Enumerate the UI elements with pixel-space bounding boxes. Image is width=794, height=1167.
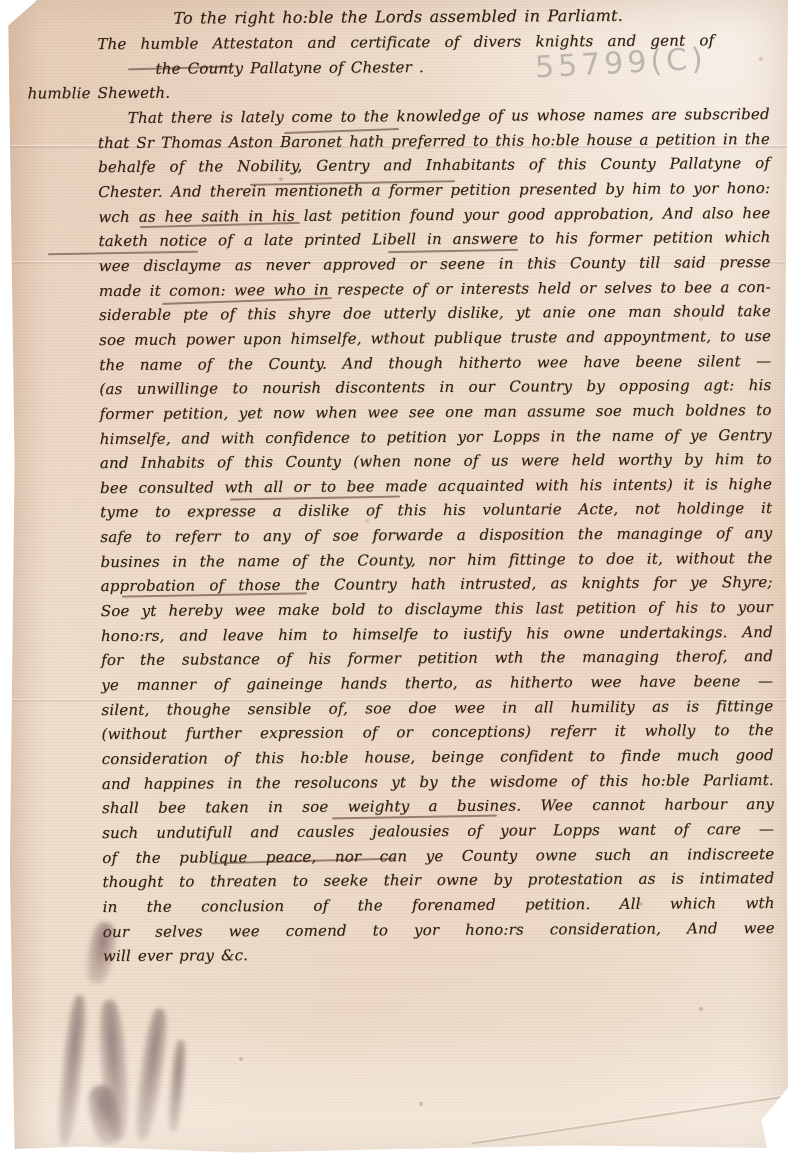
manuscript-line: safe to referr to any of soe forwarde a … — [100, 521, 772, 550]
manuscript-line: former petition, yet now when wee see on… — [99, 398, 771, 427]
ink-bleedthrough-mark — [54, 994, 90, 1145]
manuscript-line: That there is lately come to the knowled… — [98, 102, 770, 131]
manuscript-lines: To the right ho:ble the Lords assembled … — [97, 2, 775, 969]
ink-bleedthrough-mark — [131, 1007, 171, 1141]
manuscript-line: consideration of this ho:ble house, bein… — [102, 743, 774, 772]
manuscript-line: ye manner of gaineinge hands therto, as … — [101, 669, 773, 698]
manuscript-paper: To the right ho:ble the Lords assembled … — [6, 0, 788, 1157]
ink-bleedthrough-mark — [83, 920, 119, 986]
manuscript-line: wee disclayme as never approved or seene… — [99, 250, 771, 279]
manuscript-line: Soe yt hereby wee make bold to disclayme… — [101, 595, 773, 624]
manuscript-line: such undutifull and causles jealousies o… — [102, 817, 774, 846]
manuscript-line: soe much power upon himselfe, wthout pub… — [99, 324, 771, 353]
manuscript-line: in the conclusion of the forenamed petit… — [102, 891, 774, 920]
fold-crease-diagonal — [472, 1094, 794, 1145]
foxing-spots — [6, 0, 8, 2]
manuscript-line: will ever pray &c. — [103, 940, 775, 969]
manuscript-line: our selves wee comend to yor hono:rs con… — [103, 916, 775, 945]
ink-bleedthrough-mark — [166, 1040, 188, 1133]
manuscript-line: To the right ho:ble the Lords assembled … — [97, 2, 769, 32]
